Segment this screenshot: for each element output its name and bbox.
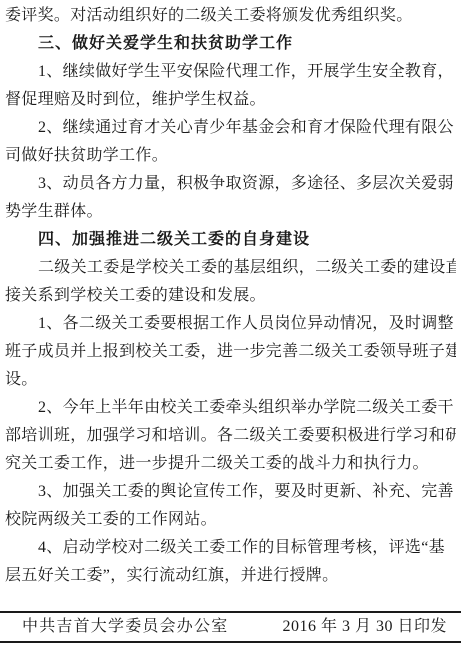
footer-top-rule xyxy=(0,611,461,613)
text-line: 校院两级关工委的工作网站。 xyxy=(5,506,456,534)
text-line: 二级关工委是学校关工委的基层组织，二级关工委的建设直 xyxy=(5,254,456,282)
footer: 中共吉首大学委员会办公室 2016 年 3 月 30 日印发 xyxy=(22,615,447,639)
text-line: 1、继续做好学生平安保险代理工作，开展学生安全教育， xyxy=(5,58,456,86)
text-line: 委评奖。对活动组织好的二级关工委将颁发优秀组织奖。 xyxy=(5,2,456,30)
footer-issuer: 中共吉首大学委员会办公室 xyxy=(22,615,228,639)
text-line: 势学生群体。 xyxy=(5,198,456,226)
text-line: 2、继续通过育才关心青少年基金会和育才保险代理有限公 xyxy=(5,114,456,142)
text-line: 究关工委工作，进一步提升二级关工委的战斗力和执行力。 xyxy=(5,450,456,478)
text-line: 1、各二级关工委要根据工作人员岗位异动情况，及时调整 xyxy=(5,310,456,338)
section-heading: 四、加强推进二级关工委的自身建设 xyxy=(5,226,456,254)
text-line: 部培训班，加强学习和培训。各二级关工委要积极进行学习和研 xyxy=(5,422,456,450)
text-line: 督促理赔及时到位，维护学生权益。 xyxy=(5,86,456,114)
text-line: 设。 xyxy=(5,366,456,394)
footer-print-date: 2016 年 3 月 30 日印发 xyxy=(282,615,447,639)
section-heading: 三、做好关爱学生和扶贫助学工作 xyxy=(5,30,456,58)
text-line: 接关系到学校关工委的建设和发展。 xyxy=(5,282,456,310)
document-page: 委评奖。对活动组织好的二级关工委将颁发优秀组织奖。三、做好关爱学生和扶贫助学工作… xyxy=(0,0,461,646)
text-line: 司做好扶贫助学工作。 xyxy=(5,142,456,170)
text-line: 层五好关工委”，实行流动红旗，并进行授牌。 xyxy=(5,562,456,590)
text-line: 班子成员并上报到校关工委，进一步完善二级关工委领导班子建 xyxy=(5,338,456,366)
text-line: 3、动员各方力量，积极争取资源，多途径、多层次关爱弱 xyxy=(5,170,456,198)
footer-bottom-rule xyxy=(0,641,461,643)
text-line: 4、启动学校对二级关工委工作的目标管理考核，评选“基 xyxy=(5,534,456,562)
text-line: 2、今年上半年由校关工委牵头组织举办学院二级关工委干 xyxy=(5,394,456,422)
document-body: 委评奖。对活动组织好的二级关工委将颁发优秀组织奖。三、做好关爱学生和扶贫助学工作… xyxy=(5,2,456,590)
text-line: 3、加强关工委的舆论宣传工作，要及时更新、补充、完善 xyxy=(5,478,456,506)
